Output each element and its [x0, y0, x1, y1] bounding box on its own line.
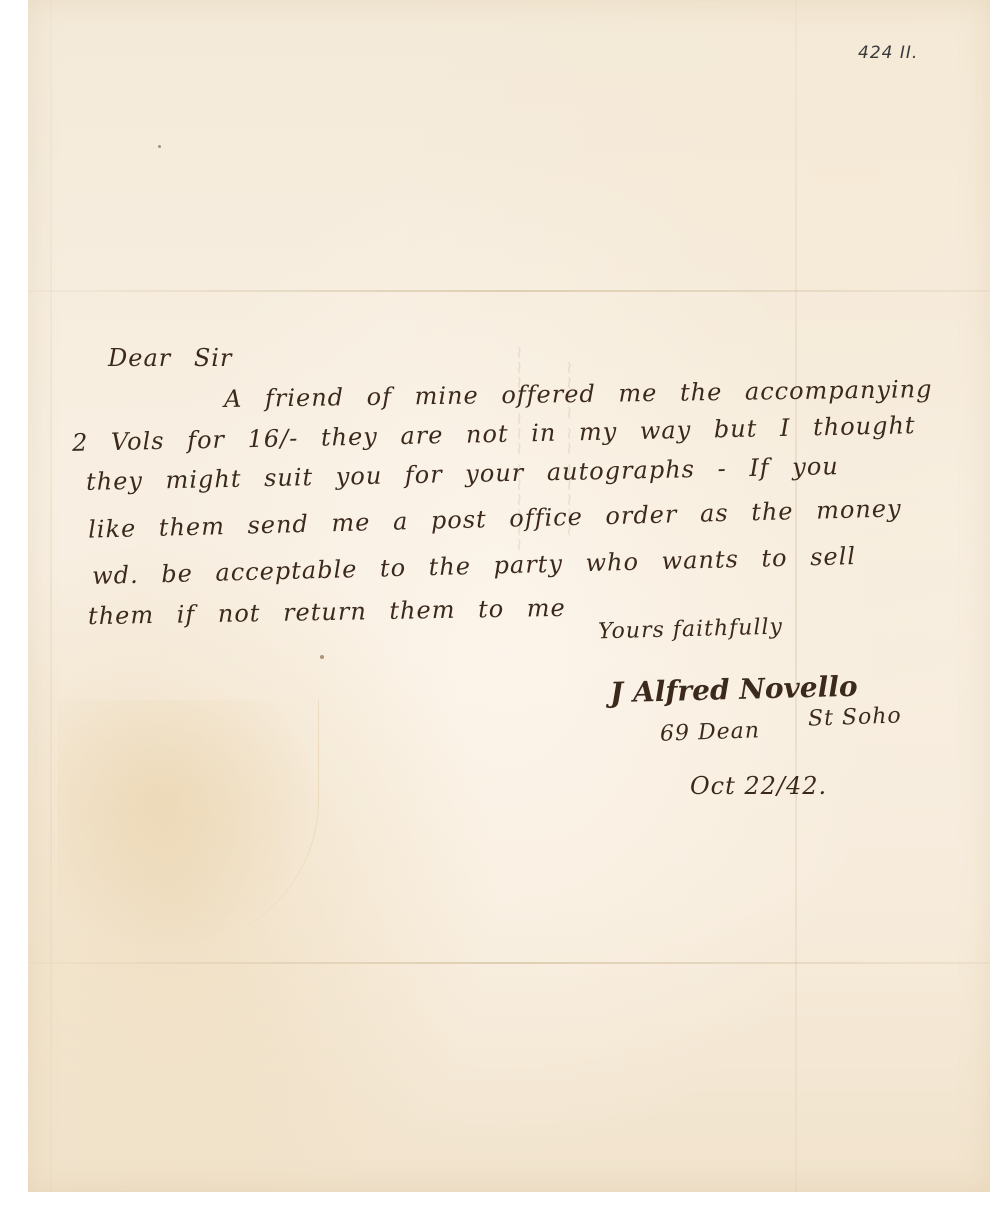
ink-spot — [158, 145, 161, 148]
ink-spot — [320, 655, 324, 659]
horizontal-fold-line — [28, 290, 990, 292]
vertical-fold-line — [795, 0, 797, 1192]
address-street: St Soho — [808, 703, 902, 731]
salutation: Dear Sir — [108, 344, 232, 372]
vertical-fold-line — [50, 0, 52, 1192]
horizontal-fold-line — [28, 962, 990, 964]
signature: J Alfred Novello — [610, 670, 858, 709]
catalog-number: 424 II. — [858, 43, 918, 63]
closing: Yours faithfully — [598, 615, 784, 645]
address-number: 69 Dean — [660, 718, 761, 746]
paper-stain — [58, 700, 319, 950]
letter-date: Oct 22/42. — [690, 772, 827, 800]
